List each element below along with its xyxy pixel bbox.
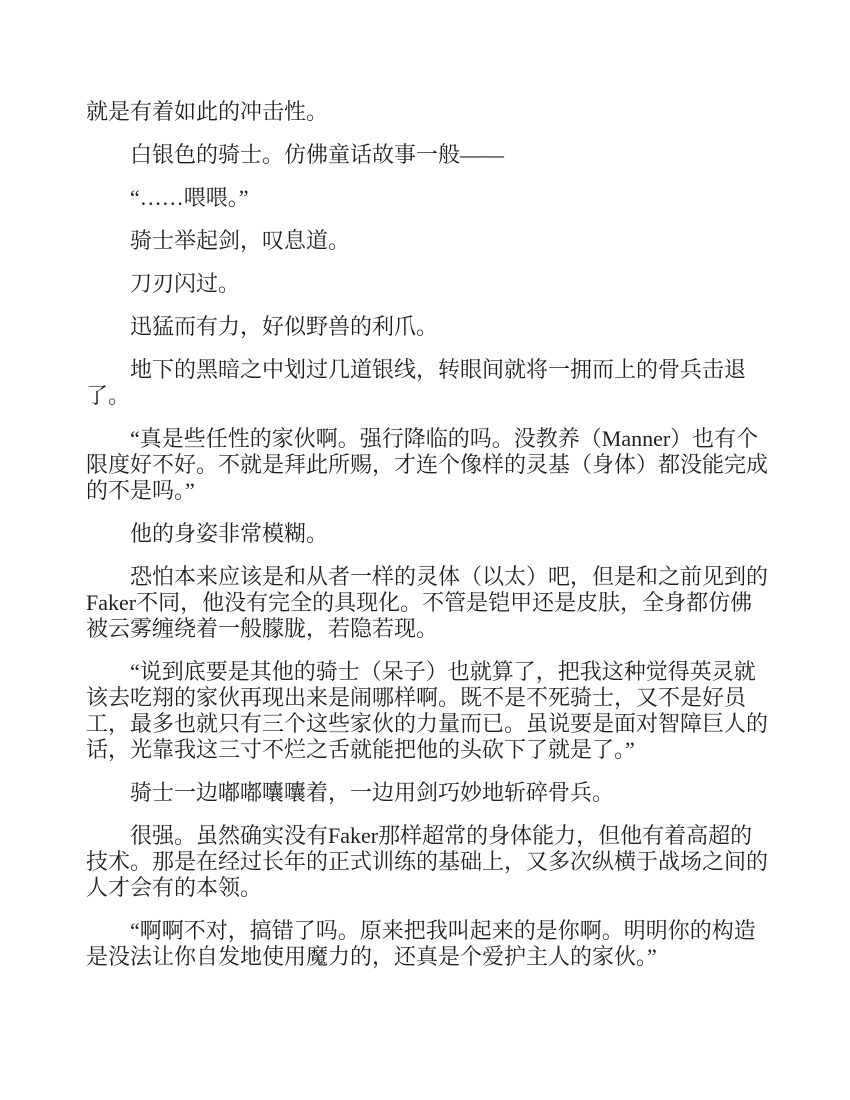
paragraph: “真是些任性的家伙啊。强行降临的吗。没教养（Manner）也有个 限度好不好。不… [86,426,786,504]
paragraph: 刀刃闪过。 [86,271,786,297]
paragraph: “啊啊不对，搞错了吗。原来把我叫起来的是你啊。明明你的构造 是没法让你自发地使用… [86,918,786,970]
paragraph: 地下的黑暗之中划过几道银线，转眼间就将一拥而上的骨兵击退 了。 [86,357,786,409]
paragraph: “……喂喂。” [86,185,786,211]
paragraph: “说到底要是其他的骑士（呆子）也就算了，把我这种觉得英灵就 该去吃翔的家伙再现出… [86,659,786,763]
paragraph: 白银色的骑士。仿佛童话故事一般—— [86,142,786,168]
paragraph: 很强。虽然确实没有Faker那样超常的身体能力，但他有着高超的 技术。那是在经过… [86,823,786,901]
paragraph: 骑士一边嘟嘟囔囔着，一边用剑巧妙地斩碎骨兵。 [86,780,786,806]
paragraph: 迅猛而有力，好似野兽的利爪。 [86,314,786,340]
text-body: 就是有着如此的冲击性。白银色的骑士。仿佛童话故事一般——“……喂喂。”骑士举起剑… [86,99,786,970]
paragraph: 就是有着如此的冲击性。 [86,99,786,125]
paragraph: 恐怕本来应该是和从者一样的灵体（以太）吧，但是和之前见到的 Faker不同，他没… [86,564,786,642]
paragraph: 他的身姿非常模糊。 [86,521,786,547]
document-page: 就是有着如此的冲击性。白银色的骑士。仿佛童话故事一般——“……喂喂。”骑士举起剑… [0,0,850,1100]
paragraph: 骑士举起剑，叹息道。 [86,228,786,254]
